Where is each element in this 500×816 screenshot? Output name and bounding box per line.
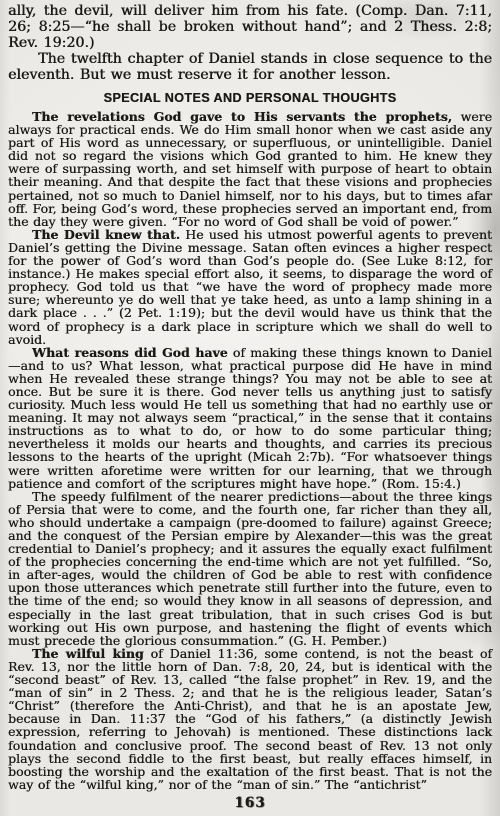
paragraph-text: The speedy fulfilment of the nearer pred… (8, 489, 492, 648)
paragraph-text: He used his utmost powerful agents to pr… (8, 227, 492, 347)
continuation-paragraph: ally, the devil, will deliver him from h… (8, 3, 492, 51)
section-heading: SPECIAL NOTES AND PERSONAL THOUGHTS (8, 91, 492, 105)
paragraph-text: of Daniel 11:36, some contend, is not th… (8, 646, 492, 792)
paragraph-text: were always for practical ends. We do Hi… (8, 109, 492, 229)
paragraph: The wilful king of Daniel 11:36, some co… (8, 647, 492, 791)
notes-section: The revelations God gave to His servants… (8, 110, 492, 791)
book-page: ally, the devil, will deliver him from h… (0, 0, 500, 816)
paragraph: What reasons did God have of making thes… (8, 346, 492, 490)
intro-paragraph: The twelfth chapter of Daniel stands in … (8, 51, 492, 83)
page-number: 163 (0, 795, 500, 811)
paragraph: The speedy fulfilment of the nearer pred… (8, 490, 492, 647)
paragraph: The revelations God gave to His servants… (8, 110, 492, 228)
lesson-text-block: ally, the devil, will deliver him from h… (8, 3, 492, 83)
paragraph: The Devil knew that. He used his utmost … (8, 228, 492, 346)
paragraph-text: of making these things known to Daniel—a… (8, 345, 492, 491)
